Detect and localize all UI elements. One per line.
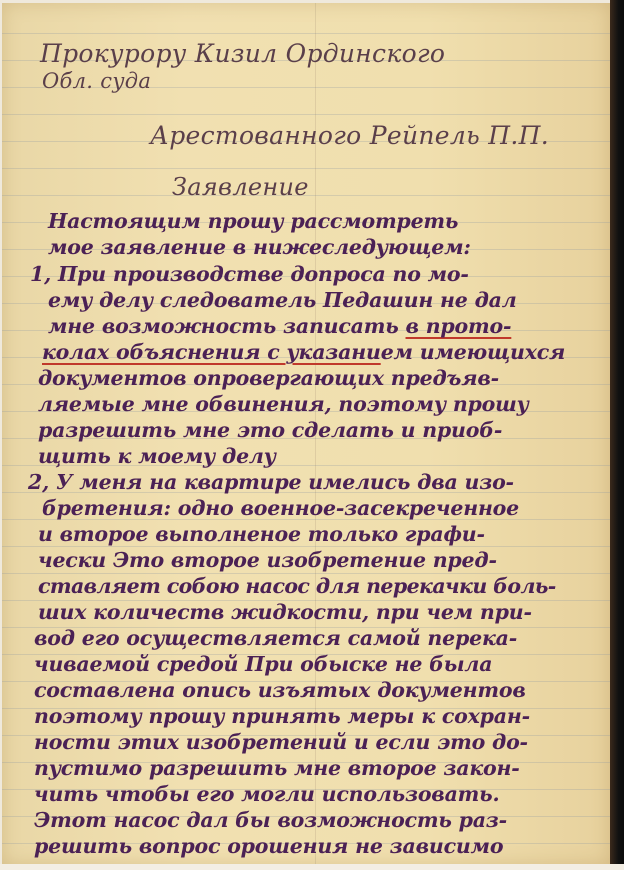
body-line: щить к моему делу xyxy=(38,444,276,468)
body-line: чить чтобы его могли использовать. xyxy=(34,782,499,806)
addressee-line-2: Обл. суда xyxy=(42,69,151,93)
body-line: составлена опись изъятых документов xyxy=(34,678,526,702)
scan-edge-shadow xyxy=(610,0,624,870)
body-line: чески Это второе изобретение пред- xyxy=(38,548,497,572)
underlined-text: в прото- xyxy=(406,314,512,338)
body-line: чиваемой средой При обыске не была xyxy=(34,652,492,676)
body-text: мне возможность записать xyxy=(48,314,406,338)
body-line: бретения: одно военное-засекреченное xyxy=(42,496,519,520)
body-line: и второе выполненое только графи- xyxy=(38,522,485,546)
body-line: 1, При производстве допроса по мо- xyxy=(30,262,469,286)
sender-line: Арестованного Рейпель П.П. xyxy=(150,121,549,150)
body-line: разрешить мне это сделать и приоб- xyxy=(38,418,502,442)
body-text: ем имеющихся xyxy=(381,340,565,364)
body-line: пустимо разрешить мне второе закон- xyxy=(34,756,520,780)
document-title: Заявление xyxy=(172,173,309,201)
body-line: ставляет собою насос для перекачки боль- xyxy=(38,574,556,598)
ruled-line xyxy=(2,33,610,34)
body-line: решить вопрос орошения не зависимо xyxy=(34,834,503,858)
underlined-text: колах объяснения с указани xyxy=(42,340,381,364)
body-line: 2, У меня на квартире имелись два изо- xyxy=(28,470,514,494)
scan-bottom-margin xyxy=(0,864,624,870)
body-line: мне возможность записать в прото- xyxy=(48,314,511,338)
body-line: вод его осуществляется самой перека- xyxy=(34,626,517,650)
body-line: Этот насос дал бы возможность раз- xyxy=(34,808,507,832)
ruled-line xyxy=(2,168,610,169)
body-line: ших количеств жидкости, при чем при- xyxy=(38,600,532,624)
body-line: ляемые мне обвинения, поэтому прошу xyxy=(38,392,529,416)
body-line: документов опровергающих предъяв- xyxy=(38,366,499,390)
body-line: поэтому прошу принять меры к сохран- xyxy=(34,704,530,728)
ruled-line xyxy=(2,114,610,115)
body-line: колах объяснения с указанием имеющихся xyxy=(42,340,565,364)
body-line: Настоящим прошу рассмотреть xyxy=(48,209,458,233)
body-line: ему делу следователь Педашин не дал xyxy=(48,288,517,312)
addressee-line-1: Прокурору Кизил Ординского xyxy=(40,39,445,68)
document-page: Прокурору Кизил Ординского Обл. суда Аре… xyxy=(2,3,610,865)
body-line: мое заявление в нижеследующем: xyxy=(48,235,471,259)
body-line: ности этих изобретений и если это до- xyxy=(34,730,528,754)
ruled-line xyxy=(2,546,610,547)
